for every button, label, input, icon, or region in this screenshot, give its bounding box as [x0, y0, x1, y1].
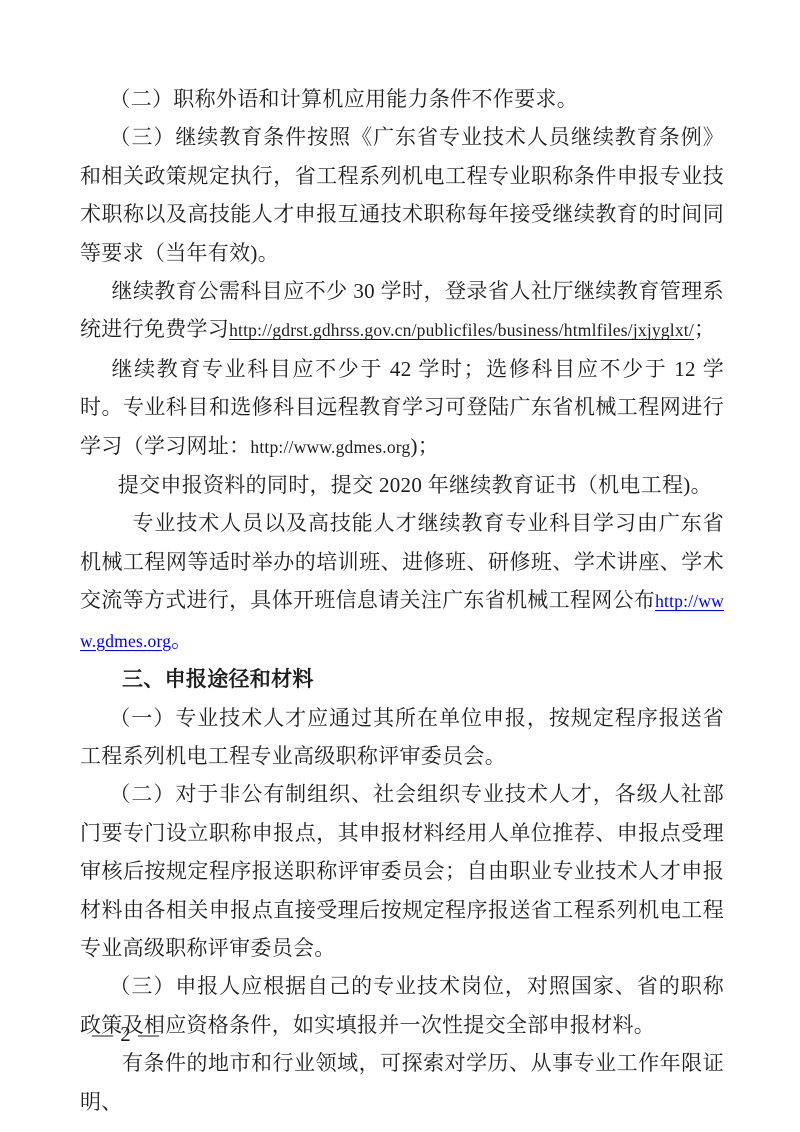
paragraph-path1: （一）专业技术人才应通过其所在单位申报，按规定程序报送省工程系列机电工程专业高级… — [80, 699, 724, 776]
heading-text: 三、申报途径和材料 — [122, 667, 314, 691]
page-number: — 2 — — [92, 1022, 160, 1047]
paragraph-text: ； — [694, 317, 715, 341]
gdmes-url-text: http://www.gdmes.org — [250, 437, 410, 457]
paragraph-text: 提交申报资料的同时，提交 2020 年继续教育证书（机电工程)。 — [118, 473, 712, 497]
section-heading-3: 三、申报途径和材料 — [80, 660, 724, 698]
paragraph-item2: （二）职称外语和计算机应用能力条件不作要求。 — [80, 80, 724, 118]
paragraph-text: 有条件的地市和行业领域，可探索对学历、从事专业工作年限证明、 — [80, 1051, 724, 1113]
paragraph-text: 专业技术人员以及高技能人才继续教育专业科目学习由广东省机械工程网等适时举办的培训… — [80, 511, 724, 612]
document-body: （二）职称外语和计算机应用能力条件不作要求。 （三）继续教育条件按照《广东省专业… — [80, 80, 724, 1121]
paragraph-training: 专业技术人员以及高技能人才继续教育专业科目学习由广东省机械工程网等适时举办的培训… — [80, 504, 724, 660]
paragraph-pro-course: 继续教育专业科目应不少于 42 学时；选修科目应不少于 12 学时。专业科目和选… — [80, 350, 724, 466]
paragraph-text: )； — [410, 434, 439, 458]
paragraph-submit-cert: 提交申报资料的同时，提交 2020 年继续教育证书（机电工程)。 — [80, 466, 724, 504]
paragraph-text: （二）职称外语和计算机应用能力条件不作要求。 — [109, 87, 578, 111]
paragraph-text: （一）专业技术人才应通过其所在单位申报，按规定程序报送省工程系列机电工程专业高级… — [80, 706, 724, 768]
paragraph-explore: 有条件的地市和行业领域，可探索对学历、从事专业工作年限证明、 — [80, 1044, 724, 1121]
paragraph-path2: （二）对于非公有制组织、社会组织专业技术人才，各级人社部门要专门设立职称申报点，… — [80, 775, 724, 967]
link-jxjy-system-url[interactable]: http://gdrst.gdhrss.gov.cn/publicfiles/b… — [229, 320, 694, 340]
paragraph-text: （三）继续教育条件按照《广东省专业技术人员继续教育条例》和相关政策规定执行，省工… — [80, 125, 724, 264]
paragraph-text: 。 — [171, 628, 192, 652]
paragraph-text: （三）申报人应根据自己的专业技术岗位，对照国家、省的职称政策及相应资格条件，如实… — [80, 974, 724, 1036]
paragraph-text: （二）对于非公有制组织、社会组织专业技术人才，各级人社部门要专门设立职称申报点，… — [80, 782, 724, 960]
paragraph-path3: （三）申报人应根据自己的专业技术岗位，对照国家、省的职称政策及相应资格条件，如实… — [80, 967, 724, 1044]
paragraph-item3: （三）继续教育条件按照《广东省专业技术人员继续教育条例》和相关政策规定执行，省工… — [80, 118, 724, 272]
paragraph-public-course: 继续教育公需科目应不少 30 学时，登录省人社厅继续教育管理系统进行免费学习ht… — [80, 272, 724, 350]
document-page: （二）职称外语和计算机应用能力条件不作要求。 （三）继续教育条件按照《广东省专业… — [0, 0, 800, 1132]
